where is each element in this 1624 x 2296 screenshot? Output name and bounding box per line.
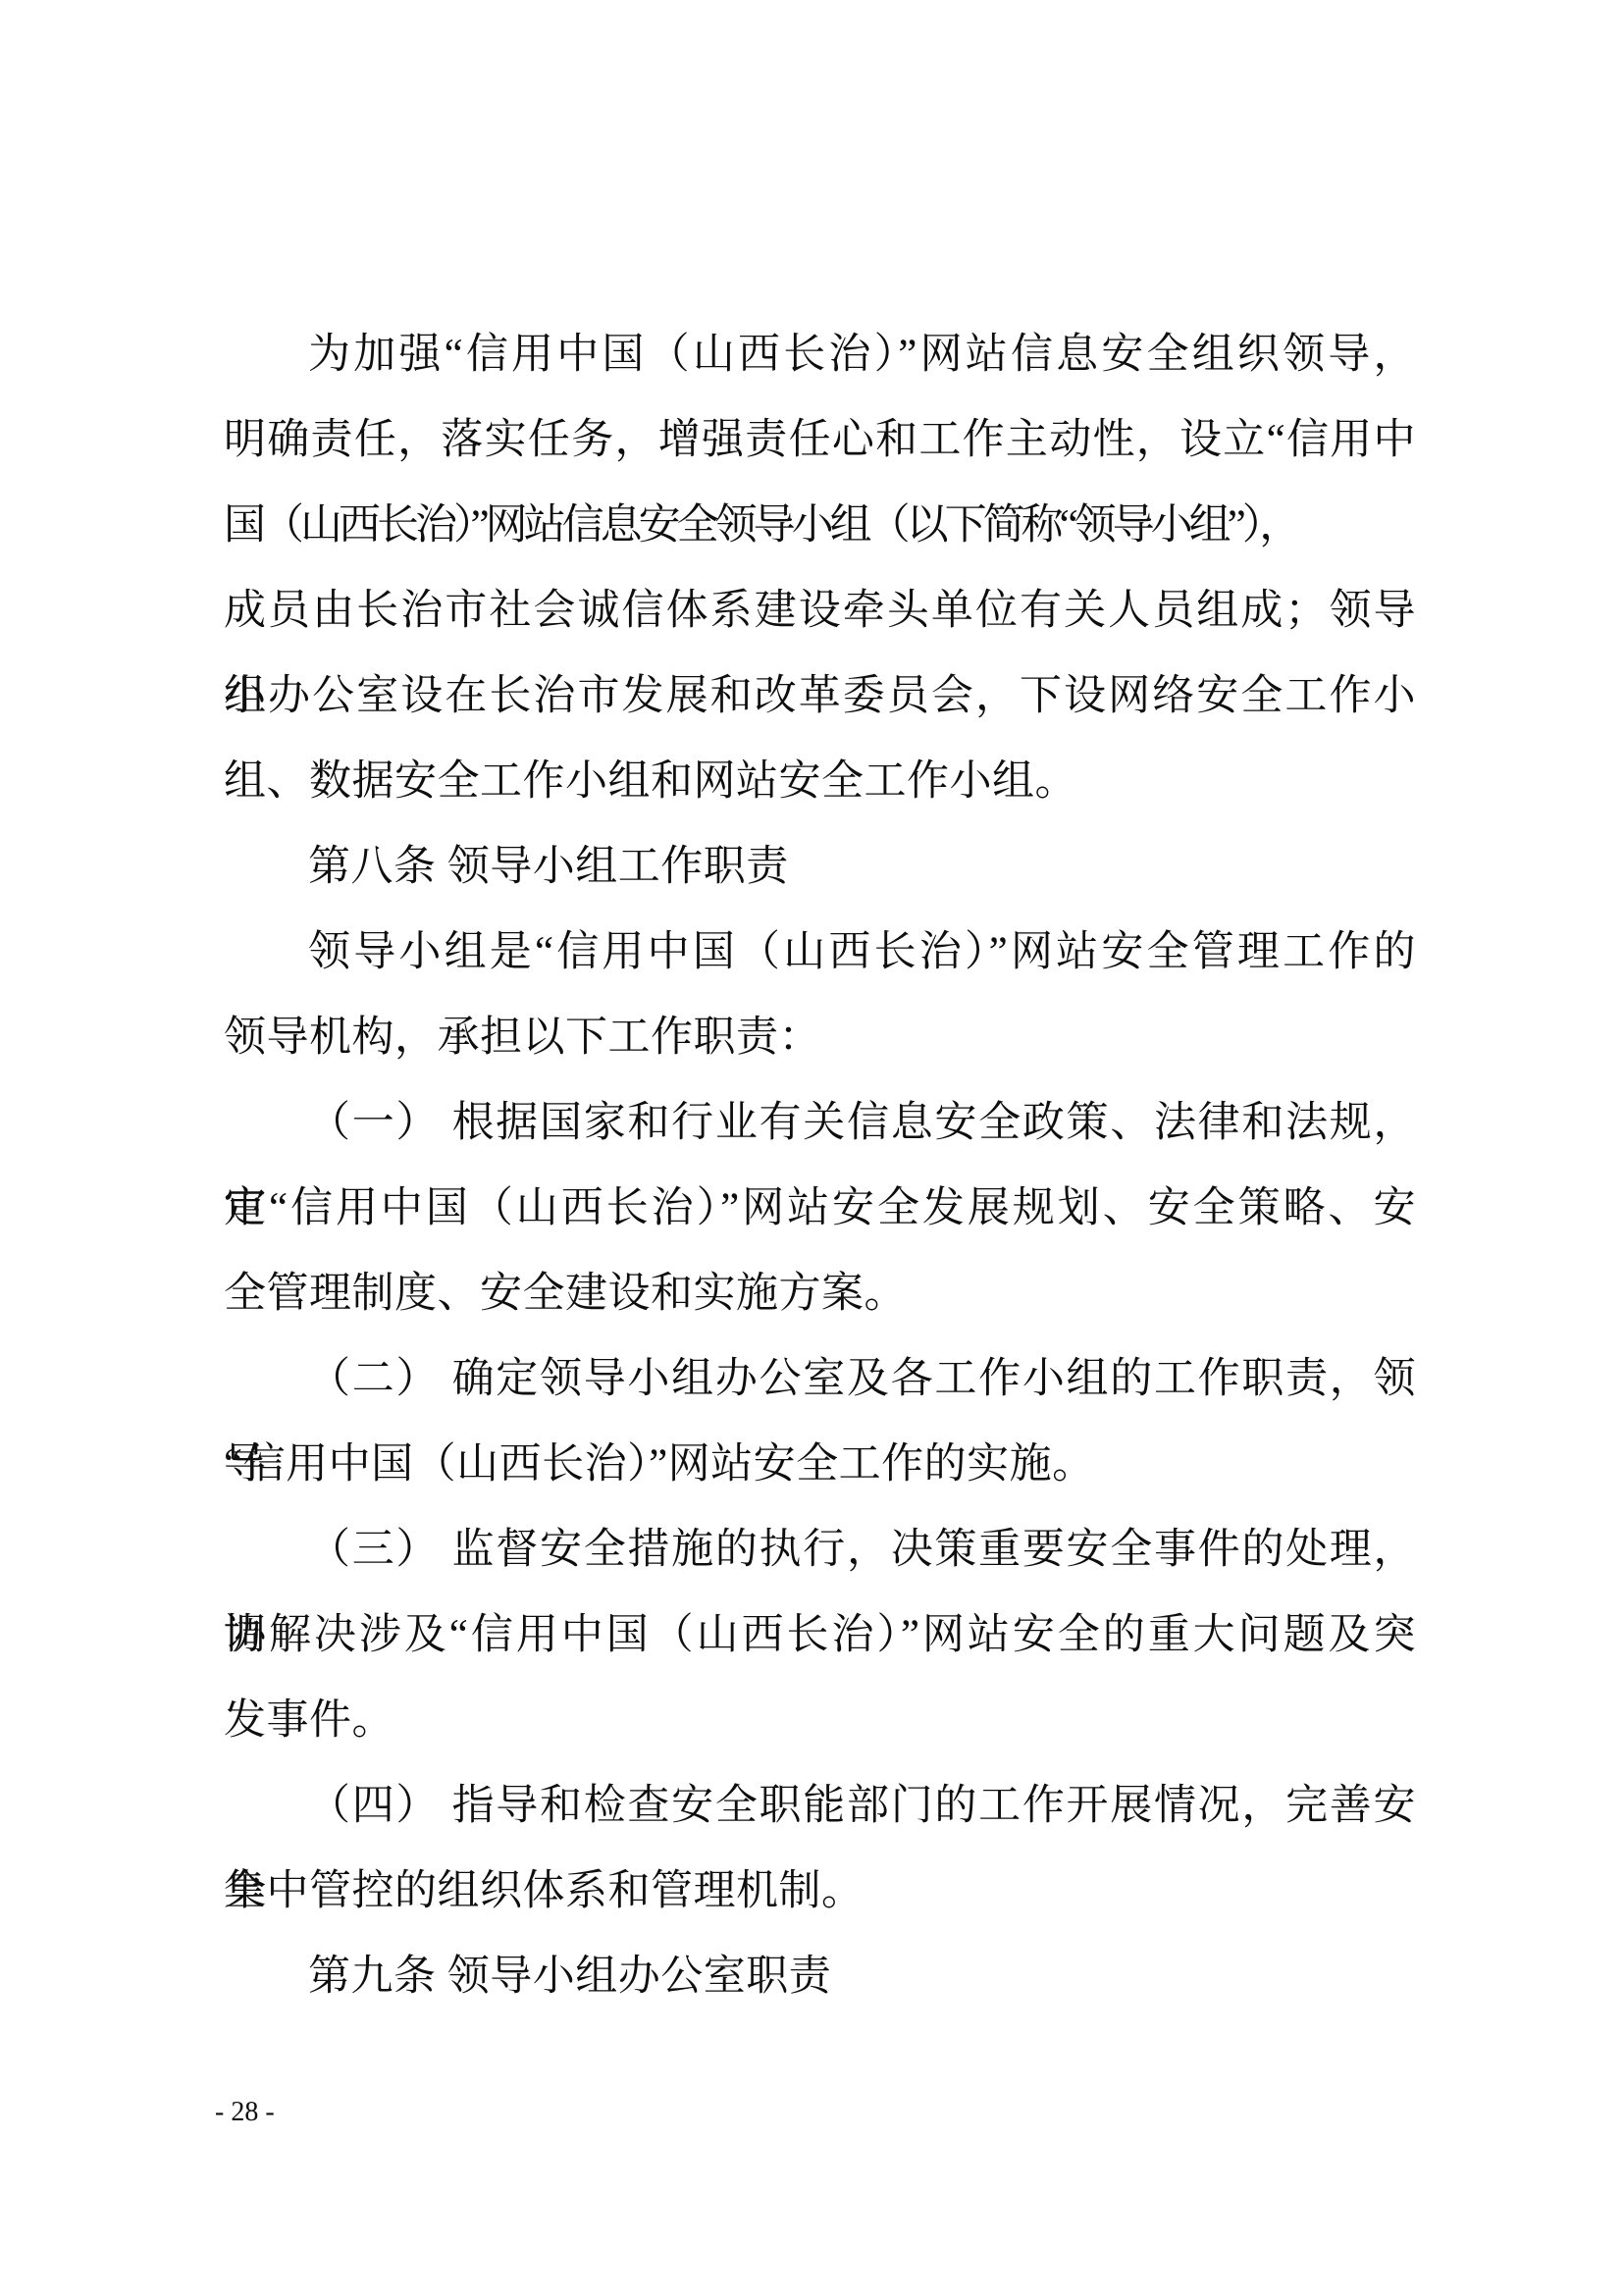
section-heading-article-8: 第八条 领导小组工作职责 xyxy=(224,824,1416,910)
body-line: 领导小组是“信用中国（山西长治）”网站安全管理工作的 xyxy=(224,910,1416,995)
section-heading-article-9: 第九条 领导小组办公室职责 xyxy=(224,1934,1416,2019)
body-line: 明确责任，落实任务，增强责任心和工作主动性，设立“信用中 xyxy=(224,397,1416,483)
list-item-4-line: （四） 指导和检查安全职能部门的工作开展情况，完善安全 xyxy=(224,1763,1416,1849)
list-item-4-line: 集中管控的组织体系和管理机制。 xyxy=(224,1849,1416,1934)
list-item-2-line: （二） 确定领导小组办公室及各工作小组的工作职责，领导 xyxy=(224,1336,1416,1422)
page-footer: - 28 - xyxy=(215,2096,275,2129)
body-line: 成员由长治市社会诚信体系建设牵头单位有关人员组成；领导小 xyxy=(224,568,1416,653)
body-line: 为加强“信用中国（山西长治）”网站信息安全组织领导， xyxy=(224,312,1416,397)
list-item-3-line: （三） 监督安全措施的执行，决策重要安全事件的处理，协 xyxy=(224,1507,1416,1592)
page-number: - 28 - xyxy=(215,2097,275,2127)
list-item-1-line: 定“信用中国（山西长治）”网站安全发展规划、安全策略、安 xyxy=(224,1166,1416,1251)
list-item-2-line: “信用中国（山西长治）”网站安全工作的实施。 xyxy=(224,1422,1416,1507)
document-page: 为加强“信用中国（山西长治）”网站信息安全组织领导， 明确责任，落实任务，增强责… xyxy=(0,0,1624,2296)
body-line: 组办公室设在长治市发展和改革委员会，下设网络安全工作小 xyxy=(224,653,1416,739)
body-line: 国（山西长治）”网站信息安全领导小组（以下简称“领导小组”）， xyxy=(224,483,1416,568)
body-line: 领导机构，承担以下工作职责： xyxy=(224,995,1416,1080)
list-item-1-line: 全管理制度、安全建设和实施方案。 xyxy=(224,1251,1416,1336)
list-item-3-line: 调解决涉及“信用中国（山西长治）”网站安全的重大问题及突 xyxy=(224,1592,1416,1678)
list-item-1-line: （一） 根据国家和行业有关信息安全政策、法律和法规，审 xyxy=(224,1080,1416,1166)
list-item-3-line: 发事件。 xyxy=(224,1678,1416,1763)
body-text-block: 为加强“信用中国（山西长治）”网站信息安全组织领导， 明确责任，落实任务，增强责… xyxy=(224,312,1416,2019)
body-line: 组、数据安全工作小组和网站安全工作小组。 xyxy=(224,739,1416,824)
